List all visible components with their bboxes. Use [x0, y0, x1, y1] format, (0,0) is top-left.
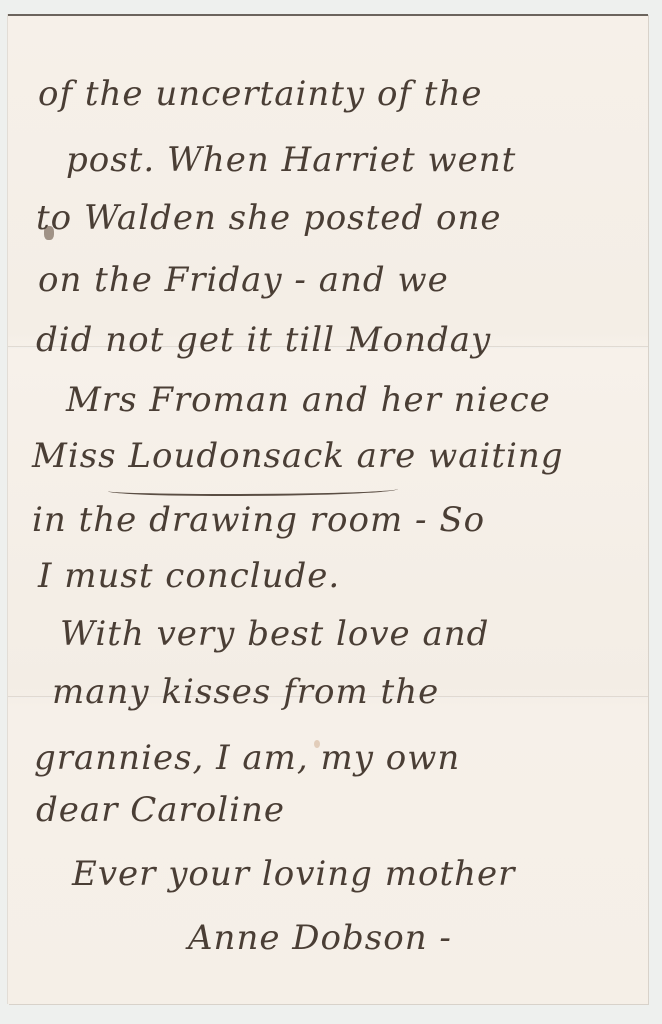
- letter-line-9: I must conclude.: [38, 556, 340, 596]
- letter-line-8: in the drawing room - So: [32, 500, 485, 540]
- letter-line-7: Miss Loudonsack are waiting: [32, 436, 564, 476]
- letter-line-10: With very best love and: [60, 614, 489, 654]
- letter-line-5: did not get it till Monday: [36, 320, 491, 360]
- letter-line-12: grannies, I am, my own: [34, 738, 460, 778]
- letter-line-1: of the uncertainty of the: [38, 74, 483, 114]
- letter-page: of the uncertainty of the post. When Har…: [8, 14, 648, 1004]
- letter-line-4: on the Friday - and we: [38, 260, 449, 300]
- letter-signature: Anne Dobson -: [188, 918, 452, 958]
- underline-mark: [108, 484, 398, 496]
- letter-line-2: post. When Harriet went: [66, 140, 516, 180]
- letter-line-13: dear Caroline: [36, 790, 285, 830]
- letter-line-11: many kisses from the: [52, 672, 439, 712]
- letter-line-6: Mrs Froman and her niece: [66, 380, 551, 420]
- letter-closing: Ever your loving mother: [72, 854, 515, 894]
- letter-line-3: to Walden she posted one: [36, 198, 501, 238]
